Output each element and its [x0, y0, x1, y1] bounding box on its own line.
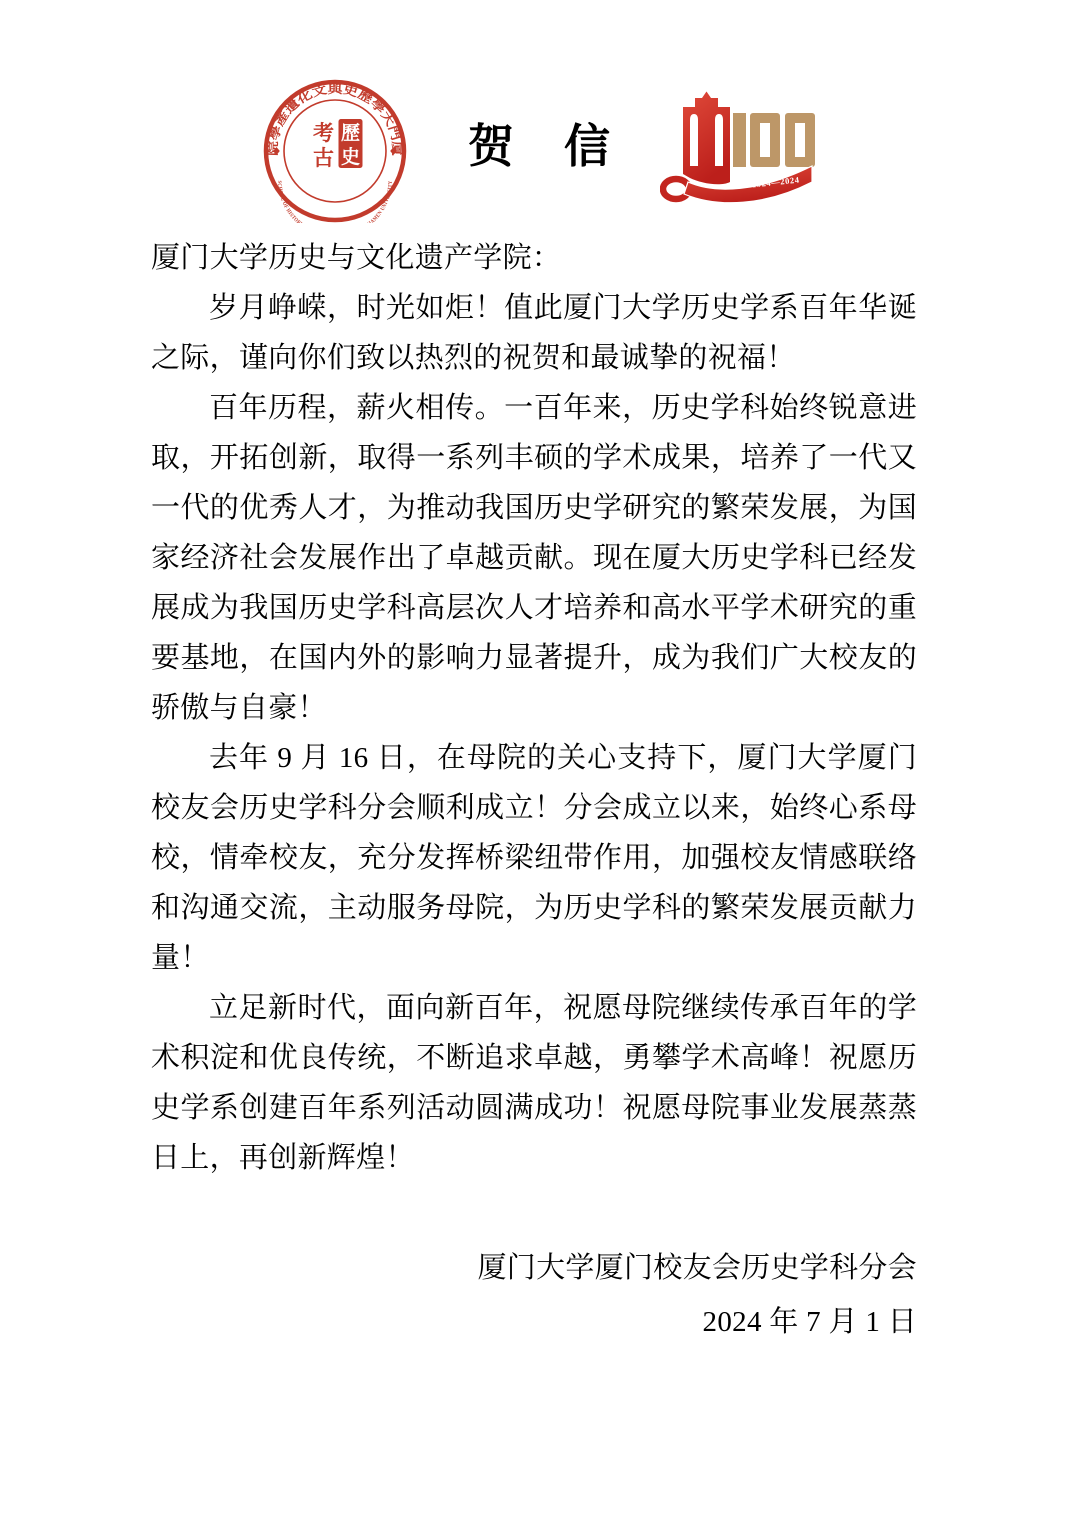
- page-title: 贺 信: [0, 122, 1080, 173]
- centennial-logo: 1924—2024: [660, 90, 820, 208]
- letter-body: 厦门大学历史与文化遗产学院： 岁月峥嵘，时光如炬！值此厦门大学历史学系百年华诞之…: [151, 233, 917, 1349]
- signature-organization: 厦门大学厦门校友会历史学科分会: [151, 1241, 917, 1295]
- signature-block: 厦门大学厦门校友会历史学科分会 2024 年 7 月 1 日: [151, 1241, 917, 1349]
- letter-page: 院學產遺化文與史歷學大門厦 SCHOOL OF HISTORY AND CULT…: [0, 0, 1080, 1528]
- gate-tower-shape: [683, 92, 730, 185]
- salutation: 厦门大学历史与文化遗产学院：: [151, 233, 917, 283]
- paragraph-4: 立足新时代，面向新百年，祝愿母院继续传承百年的学术积淀和优良传统，不断追求卓越，…: [151, 983, 917, 1183]
- paragraph-3: 去年 9 月 16 日，在母院的关心支持下，厦门大学厦门校友会历史学科分会顺利成…: [151, 733, 917, 983]
- paragraph-1: 岁月峥嵘，时光如炬！值此厦门大学历史学系百年华诞之际，谨向你们致以热烈的祝贺和最…: [151, 283, 917, 383]
- hundred-digit-holes: [760, 123, 805, 157]
- paragraph-2: 百年历程，薪火相传。一百年来，历史学科始终锐意进取，开拓创新，取得一系列丰硕的学…: [151, 383, 917, 733]
- header: 院學產遺化文與史歷學大門厦 SCHOOL OF HISTORY AND CULT…: [0, 0, 1080, 233]
- signature-date: 2024 年 7 月 1 日: [151, 1295, 917, 1349]
